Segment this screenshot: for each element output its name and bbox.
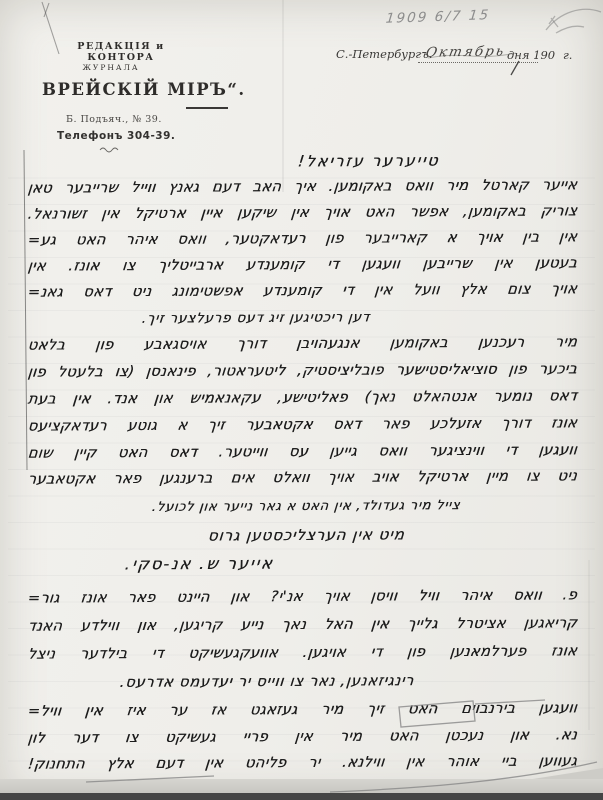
handwritten-line: מיר רעכנען באקומען אנגעהויבן דורך אויסגא… — [27, 331, 579, 356]
handwritten-line: קריאגען אציטרל גלייך אין האל נאך נייע קר… — [27, 612, 579, 637]
salutation-line: טייערער עזריאל! — [297, 150, 441, 173]
handwritten-line: אויך צום אלץ וועל אין די קומענדע אפשטימו… — [27, 278, 579, 303]
dateline-city: С.-Петербургъ. — [336, 47, 432, 61]
dateline-handwritten-month: Октябрь — [424, 43, 507, 60]
handwritten-line: אונז פערלמאנען פון די אויגען. אוועקגעשיק… — [27, 640, 579, 665]
handwritten-line: וועגען די ווינציגער וואס גייען עס ווייטע… — [27, 439, 579, 464]
handwritten-line: אין בין אויך א קארייבער פון רעדאקטער, וו… — [27, 226, 579, 251]
scan-bottom-band — [0, 793, 603, 800]
handwritten-line: בעטען אין שרייבען וועגען די קומענדע ארבי… — [27, 252, 579, 277]
letterhead-telephone: Телефонъ 304-39. — [57, 130, 175, 142]
closing-line: מיט אין הערצליכסטען גרוס — [207, 523, 407, 546]
pencil-archive-note: 1909 6/7 15 — [385, 7, 491, 27]
signature-line: אייער ש. אנ-סקי. — [124, 553, 275, 576]
handwritten-line: אונז דורך אזעלכע פאר דאס אקטאבער זיך א ג… — [27, 412, 579, 437]
handwritten-line: ניט צו מיין ארטיקל אויב אויך וואלט אים ב… — [27, 465, 579, 490]
scan-edge-strip — [0, 779, 603, 793]
handwritten-line: פ. וואס איהר וויל וויסן אויך אנ'י? און ה… — [27, 584, 579, 609]
letterhead-journal-title: ВРЕЙСКІЙ МІРЪ“. — [42, 80, 246, 99]
dateline-day-year: дня 190 — [507, 48, 555, 62]
handwritten-line: רינגיזאנען, נאר צו ווייס יר יעדעמס אדרעס… — [119, 670, 416, 694]
handwritten-line: צייל מיר געדולד, אין האט א גאר נייער און… — [151, 495, 462, 519]
handwritten-line: נא. און נעכטן האט מיר אין פריי געשיקט צו… — [27, 724, 579, 749]
handwritten-line: ביכער פון סוציאליסטישער פובליציסטיק, ליט… — [27, 358, 579, 383]
crease-mark-top-left — [44, 3, 49, 17]
dateline-year-abbrev: г. — [563, 48, 572, 62]
handwritten-line: דען ריכטיגען זיג דעס פרעלצער זיך. — [141, 306, 372, 329]
handwritten-line: אייער קארטל מיר וואס באקומען. איך האב דע… — [27, 174, 579, 199]
pencil-smudge-top-right — [546, 9, 601, 30]
handwritten-line: דאס נומער אנטהאלט נאך) פאליטישע, עקאנאמי… — [27, 385, 579, 410]
letterhead-journal-line: ЖУРНАЛА — [80, 63, 142, 72]
letterhead-rule — [186, 107, 228, 109]
letterhead-address: Б. Подъяч., № 39. — [66, 114, 162, 125]
scanned-letter-page: РЕДАКЦІЯ и КОНТОРА ЖУРНАЛА ВРЕЙСКІЙ МІРЪ… — [0, 0, 603, 800]
handwritten-line: צוריק באקומען, אפשר האט אויך אין שיקען א… — [27, 200, 579, 225]
pencil-smudge-top-right — [549, 16, 558, 27]
letterhead-ornament — [100, 148, 118, 152]
handwritten-line: וועגען בירנבוים האט זיך מיר געזאגט אז ער… — [27, 697, 579, 722]
pencil-smudge-top-right — [556, 26, 584, 33]
handwritten-line: געווען ביי אוהר אין ווילנא. יר פליהט אין… — [27, 750, 579, 775]
letterhead-office-line: РЕДАКЦІЯ и КОНТОРА — [50, 41, 192, 63]
handwritten-year-slash — [511, 61, 519, 75]
